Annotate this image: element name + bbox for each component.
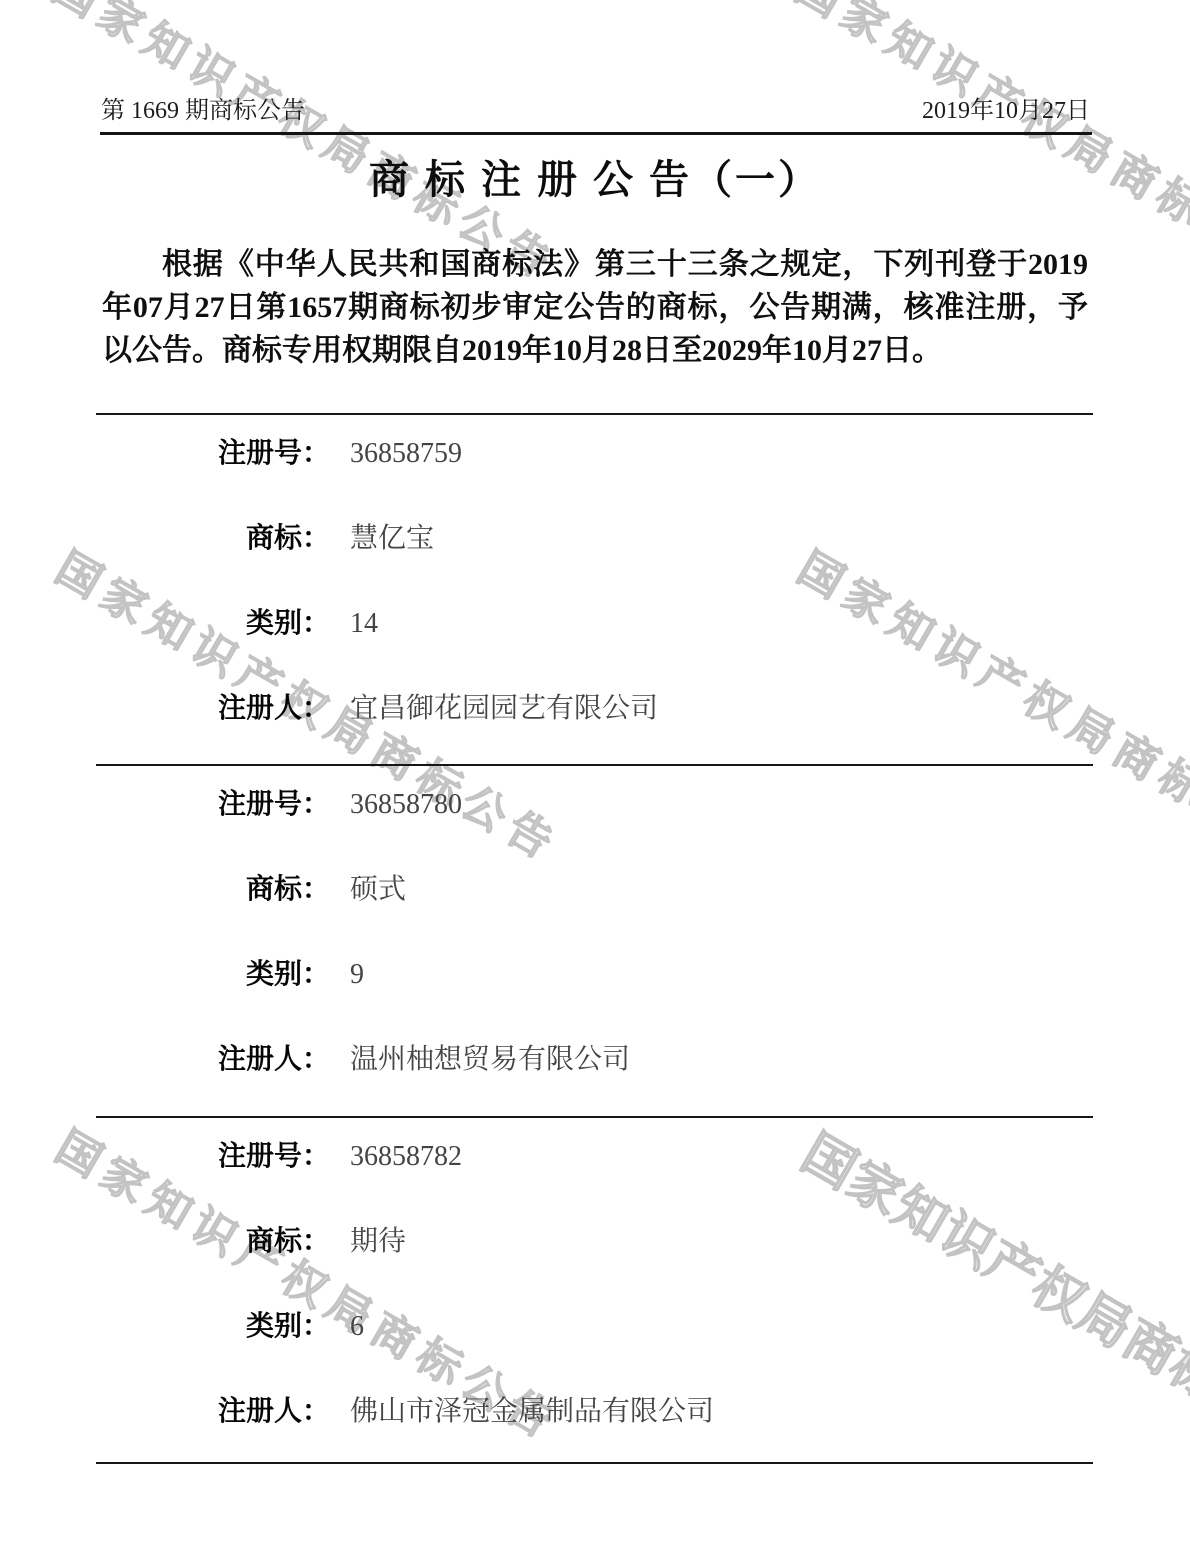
class-value: 14 (350, 607, 1093, 641)
registration-number-value: 36858759 (350, 437, 1093, 471)
registrant-row: 注册人： 宜昌御花园园艺有限公司 (96, 692, 1093, 728)
trademark-row: 商标： 硕式 (96, 873, 1093, 909)
class-row: 类别： 9 (96, 958, 1093, 994)
trademark-label: 商标： (96, 522, 330, 556)
divider-line (96, 764, 1093, 766)
trademark-value: 硕式 (350, 873, 1093, 907)
class-value: 6 (350, 1310, 1093, 1344)
divider-line (96, 413, 1093, 415)
registrant-row: 注册人： 佛山市泽冠金属制品有限公司 (96, 1395, 1093, 1431)
trademark-value: 慧亿宝 (350, 522, 1093, 556)
trademark-row: 商标： 期待 (96, 1225, 1093, 1261)
bottom-divider-line (96, 1462, 1093, 1464)
class-row: 类别： 6 (96, 1310, 1093, 1346)
page-header: 第 1669 期商标公告 2019年10月27日 (101, 90, 1090, 125)
registration-number-row: 注册号： 36858782 (96, 1140, 1093, 1176)
registration-number-label: 注册号： (96, 437, 330, 471)
trademark-row: 商标： 慧亿宝 (96, 522, 1093, 558)
class-label: 类别： (96, 1310, 330, 1344)
registrant-value: 佛山市泽冠金属制品有限公司 (350, 1395, 1093, 1429)
issue-number: 第 1669 期商标公告 (101, 90, 305, 125)
header-divider-line (100, 132, 1092, 135)
trademark-label: 商标： (96, 873, 330, 907)
page-title: 商 标 注 册 公 告（一） (0, 148, 1190, 205)
class-value: 9 (350, 958, 1093, 992)
divider-line (96, 1116, 1093, 1118)
publication-date: 2019年10月27日 (922, 90, 1090, 125)
registration-number-value: 36858782 (350, 1140, 1093, 1174)
trademark-label: 商标： (96, 1225, 330, 1259)
registrant-value: 宜昌御花园园艺有限公司 (350, 692, 1093, 726)
registrant-label: 注册人： (96, 1395, 330, 1429)
class-label: 类别： (96, 958, 330, 992)
record-section: 注册号： 36858759 商标： 慧亿宝 类别： 14 注册人： 宜昌御花园园… (96, 413, 1093, 743)
registrant-label: 注册人： (96, 692, 330, 726)
registrant-value: 温州柚想贸易有限公司 (350, 1043, 1093, 1077)
registration-number-label: 注册号： (96, 1140, 330, 1174)
record-section: 注册号： 36858782 商标： 期待 类别： 6 注册人： 佛山市泽冠金属制… (96, 1116, 1093, 1446)
document-page: 国家知识产权局商标公告国家知识产权局商标公告国家知识产权局商标公告国家知识产权局… (0, 0, 1190, 1564)
registrant-row: 注册人： 温州柚想贸易有限公司 (96, 1043, 1093, 1079)
intro-paragraph: 根据《中华人民共和国商标法》第三十三条之规定，下列刊登于2019年07月27日第… (102, 243, 1088, 372)
class-row: 类别： 14 (96, 607, 1093, 643)
record-section: 注册号： 36858780 商标： 硕式 类别： 9 注册人： 温州柚想贸易有限… (96, 764, 1093, 1094)
trademark-value: 期待 (350, 1225, 1093, 1259)
content-layer: 第 1669 期商标公告 2019年10月27日 商 标 注 册 公 告（一） … (0, 0, 1190, 1564)
registration-number-value: 36858780 (350, 788, 1093, 822)
class-label: 类别： (96, 607, 330, 641)
registration-number-row: 注册号： 36858780 (96, 788, 1093, 824)
registration-number-row: 注册号： 36858759 (96, 437, 1093, 473)
registrant-label: 注册人： (96, 1043, 330, 1077)
registration-number-label: 注册号： (96, 788, 330, 822)
